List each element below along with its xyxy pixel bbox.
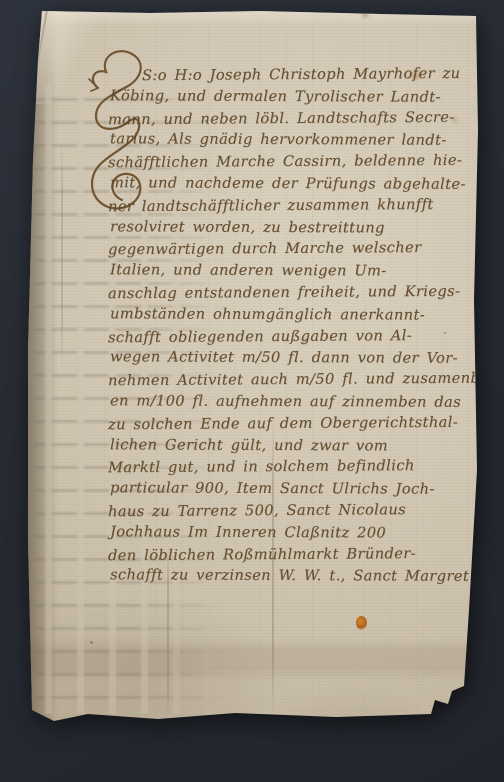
manuscript-text-block: S:o H:o Joseph Christoph Mayrhofer zuKöb… (108, 66, 462, 589)
manuscript-line: umbständen ohnumgänglich anerkannt- (110, 305, 464, 328)
manuscript-line: Köbing, und dermalen Tyrolischer Landt- (110, 87, 464, 110)
manuscript-line: Marktl gut, und in solchem befindlich (108, 457, 462, 481)
manuscript-line: tarius, Als gnädig hervorkommener landt- (110, 131, 464, 154)
manuscript-line: schäfftlichen Marche Cassirn, beldenne h… (108, 152, 462, 176)
manuscript-line: particular 900, Item Sanct Ulrichs Joch- (110, 479, 464, 502)
manuscript-line: anschlag entstandenen freiheit, und Krie… (108, 283, 462, 307)
manuscript-line: schafft zu verzinsen W. W. t., Sanct Mar… (110, 567, 464, 590)
manuscript-line: mann, und neben löbl. Landtschafts Secre… (108, 108, 462, 132)
manuscript-page: S:o H:o Joseph Christoph Mayrhofer zuKöb… (0, 0, 504, 782)
manuscript-line: mit, und nachdeme der Prüfungs abgehalte… (110, 174, 464, 197)
manuscript-line: haus zu Tarrenz 500, Sanct Nicolaus (108, 501, 462, 525)
manuscript-line: Jochhaus Im Inneren Claßnitz 200 (110, 523, 464, 546)
manuscript-line: wegen Activitet m/50 fl. dann von der Vo… (110, 349, 464, 372)
manuscript-line: resolviret worden, zu bestreittung (110, 218, 464, 241)
manuscript-line: zu solchen Ende auf dem Obergerichtsthal… (108, 414, 462, 438)
manuscript-line: nehmen Activitet auch m/50 fl. und zusam… (108, 370, 462, 394)
paper-shadow-wrap: S:o H:o Joseph Christoph Mayrhofer zuKöb… (0, 0, 504, 782)
manuscript-line: S:o H:o Joseph Christoph Mayrhofer zu (142, 65, 462, 89)
manuscript-line: ner landtschäfftlicher zusammen khunfft (108, 196, 462, 220)
manuscript-line: lichen Gericht gült, und zwar vom (110, 436, 464, 459)
manuscript-line: schafft obliegenden außgaben von Al- (108, 326, 462, 350)
manuscript-line: den löblichen Roßmühlmarkt Bründer- (108, 544, 462, 568)
manuscript-line: gegenwärtigen durch Marche welscher (108, 239, 462, 263)
orange-stain (356, 616, 367, 630)
manuscript-line: Italien, und anderen wenigen Um- (110, 261, 464, 284)
ink-speck (90, 641, 93, 644)
crease-vertical-left (61, 140, 63, 370)
top-left-fold-crease (30, 10, 48, 101)
photo-background: S:o H:o Joseph Christoph Mayrhofer zuKöb… (0, 0, 504, 782)
foxing-spot (360, 11, 370, 19)
manuscript-line: en m/100 fl. aufnehmen auf zinnemben das (110, 392, 464, 415)
